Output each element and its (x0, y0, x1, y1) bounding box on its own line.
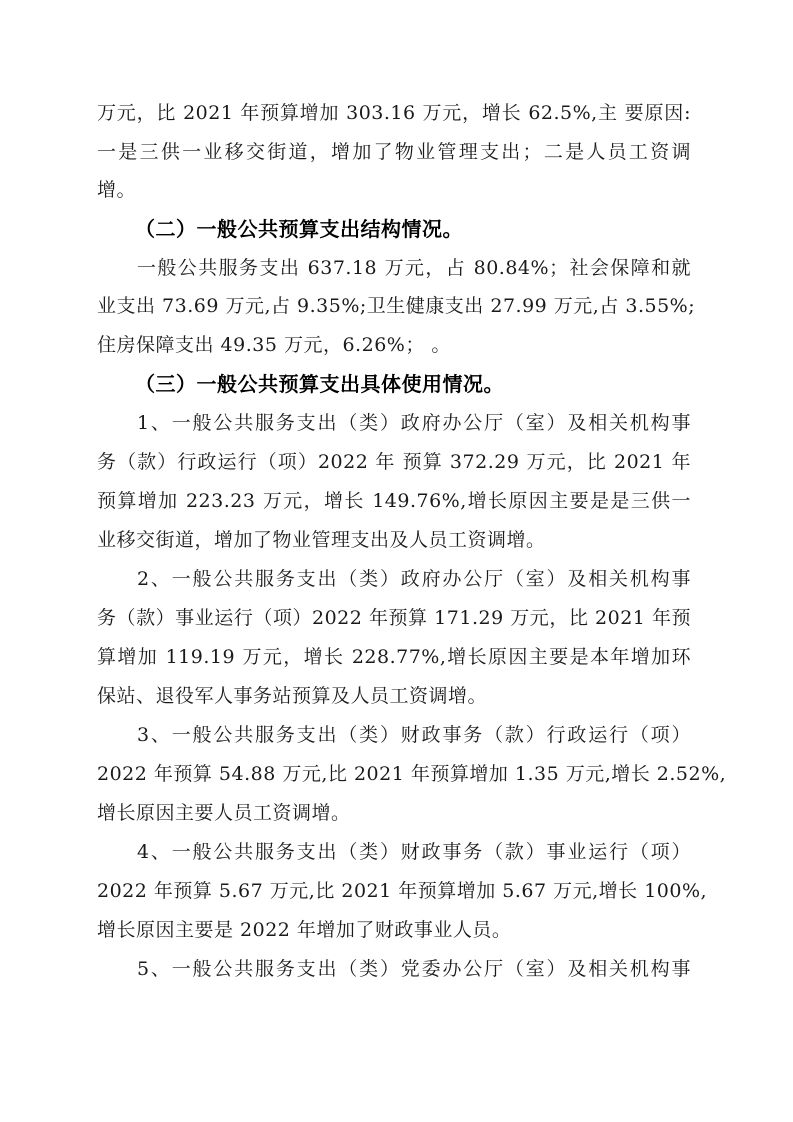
paragraph-line: 住房保障支出 49.35 万元，6.26%； 。 (97, 330, 691, 360)
paragraph-line: 2022 年预算 5.67 万元,比 2021 年预算增加 5.67 万元,增长… (97, 876, 691, 906)
section-heading: （三）一般公共预算支出具体使用情况。 (135, 369, 575, 399)
paragraph-line: 预算增加 223.23 万元，增长 149.76%,增长原因主要是是三供一 (97, 486, 691, 516)
paragraph-line: 务（款）行政运行（项）2022 年 预算 372.29 万元，比 2021 年 (97, 447, 691, 477)
paragraph-continuation-line: 增。 (97, 175, 691, 205)
section-heading: （二）一般公共预算支出结构情况。 (135, 214, 575, 244)
paragraph-line: 增长原因主要是 2022 年增加了财政事业人员。 (97, 915, 691, 945)
paragraph-line: 3、一般公共服务支出（类）财政事务（款）行政运行（项） (137, 720, 691, 750)
paragraph-line: 2、一般公共服务支出（类）政府办公厅（室）及相关机构事 (137, 564, 691, 594)
paragraph-line: 4、一般公共服务支出（类）财政事务（款）事业运行（项） (137, 837, 691, 867)
paragraph-line: 2022 年预算 54.88 万元,比 2021 年预算增加 1.35 万元,增… (97, 759, 691, 789)
paragraph-line: 业支出 73.69 万元,占 9.35%;卫生健康支出 27.99 万元,占 3… (97, 291, 691, 321)
document-page: 万元，比 2021 年预算增加 303.16 万元，增长 62.5%,主 要原因… (0, 0, 793, 1122)
paragraph-continuation-line: 一是三供一业移交街道，增加了物业管理支出；二是人员工资调 (97, 137, 691, 167)
paragraph-line: 增长原因主要人员工资调增。 (97, 798, 691, 828)
paragraph-line: 保站、退役军人事务站预算及人员工资调增。 (97, 681, 691, 711)
paragraph-continuation-line: 万元，比 2021 年预算增加 303.16 万元，增长 62.5%,主 要原因… (97, 98, 691, 128)
paragraph-line: 业移交街道，增加了物业管理支出及人员工资调增。 (97, 525, 691, 555)
paragraph-line: 一般公共服务支出 637.18 万元，占 80.84%；社会保障和就 (137, 253, 691, 283)
paragraph-line: 务（款）事业运行（项）2022 年预算 171.29 万元，比 2021 年预 (97, 603, 691, 633)
paragraph-line: 5、一般公共服务支出（类）党委办公厅（室）及相关机构事 (137, 954, 691, 984)
paragraph-line: 算增加 119.19 万元，增长 228.77%,增长原因主要是本年增加环 (97, 642, 691, 672)
paragraph-line: 1、一般公共服务支出（类）政府办公厅（室）及相关机构事 (137, 408, 691, 438)
